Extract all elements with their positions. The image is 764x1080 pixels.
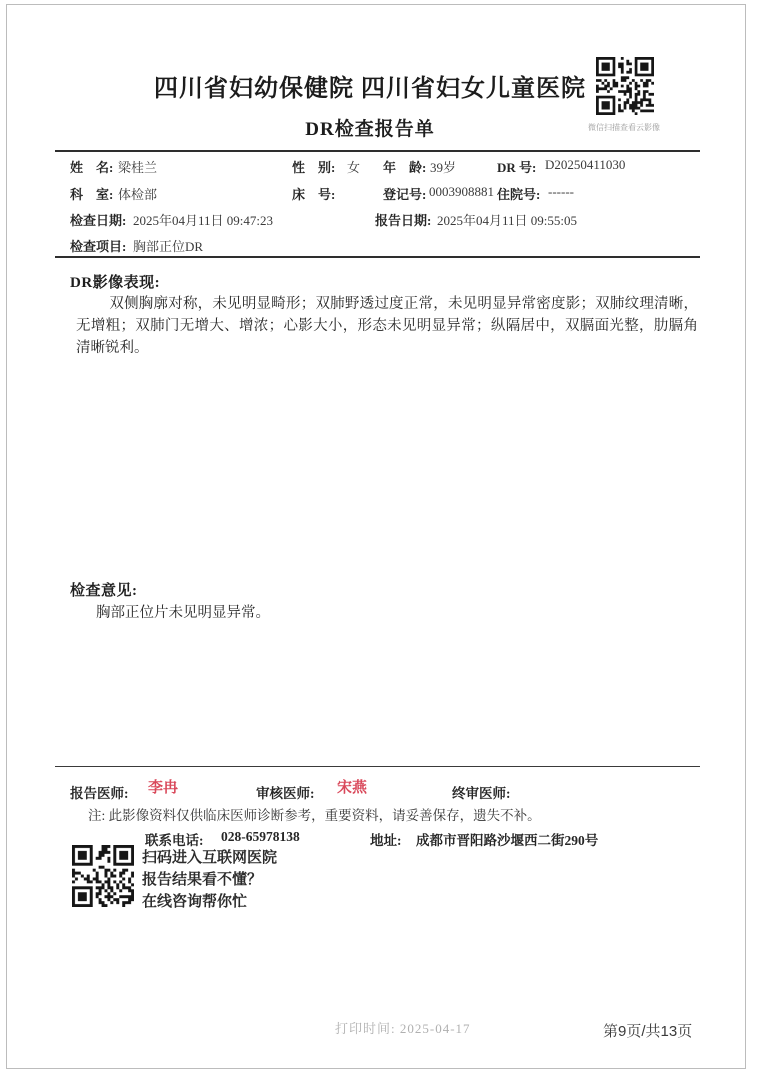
- page-indicator: 第9页/共13页: [603, 1020, 692, 1041]
- inpatient-value: ------: [548, 184, 574, 200]
- exam-date-value: 2025年04月11日 09:47:23: [133, 210, 273, 229]
- header-divider: [55, 150, 700, 152]
- findings-text: 双侧胸廓对称，未见明显畸形；双肺野透过度正常，未见明显异常密度影；双肺纹理清晰，…: [76, 293, 698, 359]
- dr-no-value: D20250411030: [545, 157, 625, 173]
- bed-label: 床 号:: [292, 184, 335, 203]
- internet-hospital-qr-code: [72, 845, 134, 907]
- reg-label: 登记号:: [383, 184, 426, 203]
- exam-item-value: 胸部正位DR: [133, 236, 203, 255]
- qr-line-2: 报告结果看不懂？: [142, 868, 262, 889]
- name-value: 梁桂兰: [118, 157, 157, 176]
- qr-caption: 微信扫描查看云影像: [560, 122, 660, 133]
- qr-line-3: 在线咨询帮你忙: [142, 890, 247, 911]
- review-doctor-label: 审核医师:: [256, 782, 315, 802]
- qr-line-1: 扫码进入互联网医院: [142, 846, 277, 867]
- info-divider: [55, 256, 700, 258]
- findings-heading: DR影像表现:: [70, 271, 160, 292]
- impression-text: 胸部正位片未见明显异常。: [96, 601, 270, 622]
- reg-value: 0003908881: [429, 184, 494, 200]
- phone-value: 028-65978138: [221, 829, 300, 845]
- review-doctor-signature: 宋燕: [337, 776, 367, 797]
- footer-divider: [55, 766, 700, 767]
- name-label: 姓 名:: [70, 157, 113, 176]
- inpatient-label: 住院号:: [497, 184, 540, 203]
- dr-no-label: DR 号:: [497, 157, 536, 176]
- report-date-label: 报告日期:: [375, 210, 431, 229]
- cloud-image-qr-code: [596, 57, 654, 115]
- gender-label: 性 别:: [292, 157, 335, 176]
- report-doctor-label: 报告医师:: [70, 782, 129, 802]
- report-date-value: 2025年04月11日 09:55:05: [437, 210, 577, 229]
- gender-value: 女: [347, 157, 360, 176]
- report-page: 四川省妇幼保健院 四川省妇女儿童医院 DR检查报告单 微信扫描查看云影像 姓 名…: [0, 0, 764, 1080]
- report-doctor-signature: 李冉: [148, 776, 178, 797]
- print-time: 打印时间: 2025-04-17: [335, 1018, 471, 1037]
- impression-heading: 检查意见:: [70, 579, 138, 600]
- disclaimer-note: 注: 此影像资料仅供临床医师诊断参考，重要资料，请妥善保存，遗失不补。: [88, 804, 541, 824]
- address-value: 成都市晋阳路沙堰西二街290号: [416, 829, 598, 849]
- address-label: 地址:: [370, 829, 402, 849]
- page-border: [6, 4, 746, 1069]
- exam-item-label: 检查项目:: [70, 236, 126, 255]
- age-value: 39岁: [430, 157, 456, 176]
- dept-label: 科 室:: [70, 184, 113, 203]
- final-doctor-label: 终审医师:: [452, 782, 511, 802]
- exam-date-label: 检查日期:: [70, 210, 126, 229]
- dept-value: 体检部: [118, 184, 157, 203]
- age-label: 年 龄:: [383, 157, 426, 176]
